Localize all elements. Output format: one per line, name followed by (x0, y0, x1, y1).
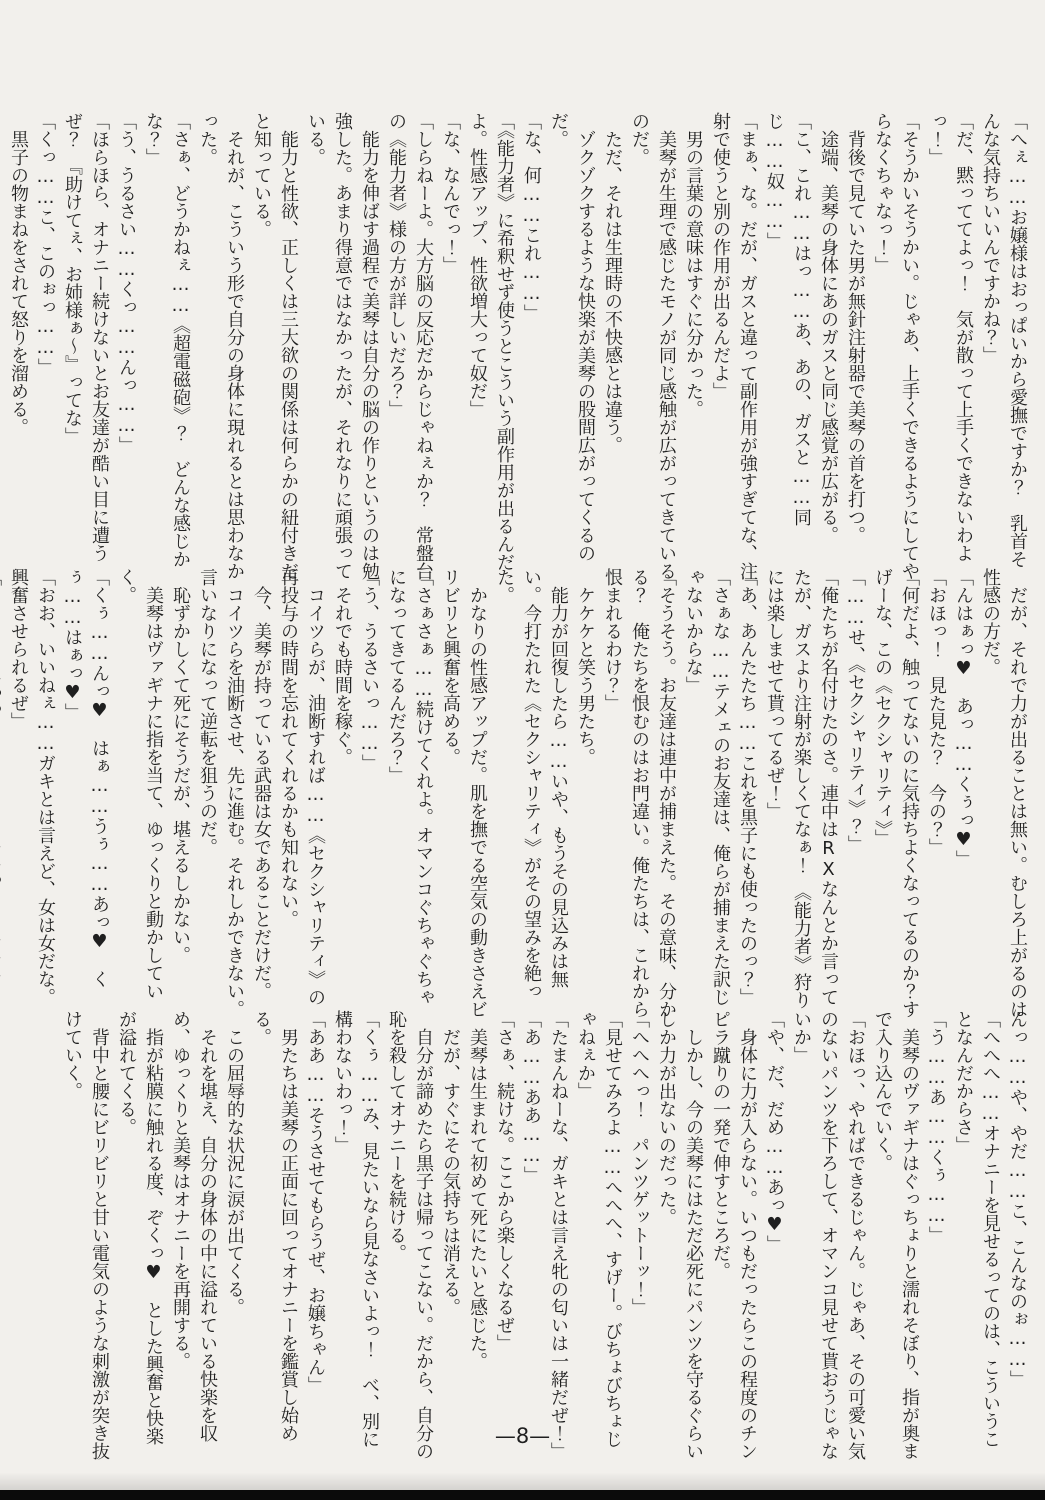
paragraph: 「さぁ、続けな。ここから楽しくなるぜ」 (491, 1010, 518, 1462)
paragraph: 「だ、黙っててよっ！ 気が散って上手くできないわよっ！」 (923, 112, 977, 582)
paragraph: 「見せてみろよ……へへへ、すげー。びちょびちょじゃねぇか」 (572, 1010, 626, 1462)
paragraph: コイツらを油断させ、先に進む。それしかできない。言いなりになって逆転を狙うのだ。 (194, 568, 248, 1020)
paragraph: 恥ずかしくて死にそうだが、堪えるしかない。 (167, 568, 194, 1020)
paragraph: 自分が諦めたら黒子は帰ってこない。だから、自分の恥を殺してオナニーを続ける。 (383, 1010, 437, 1462)
paragraph: ただ、それは生理時の不快感とは違う。 (599, 112, 626, 582)
paragraph: 黒子の物まねをされて怒りを溜める。 (5, 112, 32, 582)
paragraph: 「な、何……これ……」 (518, 112, 545, 582)
paragraph: 男たちは美琴の正面に回ってオナニーを鑑賞し始める。 (248, 1010, 302, 1462)
paragraph: 「くぅ……み、見たいなら見なさいよっ！ べ、別に構わないわっ！」 (329, 1010, 383, 1462)
paragraph: 美琴はヴァギナに指を当て、ゆっくりと動かしていく。 (113, 568, 167, 1020)
paragraph: 背中と腰にビリビリと甘い電気のような刺激が突き抜けていく。 (59, 1010, 113, 1462)
paragraph: 美琴は生まれて初めて死にたいと感じた。 (464, 1010, 491, 1462)
paragraph: 「俺たちが名付けたのさ。連中はRXなんとか言ってたが、ガスより注射が楽しくてなぁ… (761, 568, 842, 1020)
paragraph: 「へへへ……オナニーを見せるってのは、こういうことなんだからさ」 (950, 1010, 1004, 1462)
paragraph: 能力が回復したら……いや、もうその見込みは無い。今打たれた《セクシャリティ》がそ… (491, 568, 572, 1020)
paragraph: 「……せ、《セクシャリティ》？」 (842, 568, 869, 1020)
paragraph: 「そうかいそうかい。じゃあ、上手くできるようにしてやらなくちゃなっ！」 (869, 112, 923, 582)
paragraph: 「あ……ああ……」 (518, 1010, 545, 1462)
paragraph: 能力を伸ばす過程で美琴は自分の脳の作りというのは勉強した。あまり得意ではなかった… (302, 112, 383, 582)
paragraph: 「うぅ……はぁっ♥ くぅ……んんっ♥ んんん (0, 568, 5, 1020)
paragraph: 「あ、あんたたち……これを黒子にも使ったのっ？」 (734, 568, 761, 1020)
paragraph: だが、すぐにその気持ちは消える。 (437, 1010, 464, 1462)
paragraph: 「こ、これ……はっ……あ、あの、ガスと……同じ……奴……」 (761, 112, 815, 582)
paragraph: 背後で見ていた男が無針注射器で美琴の首を打つ。 (842, 112, 869, 582)
text-band-middle: だが、それで力が出ることは無い。むしろ上がるのは性感の方だ。「んはぁっ♥ あっ…… (11, 568, 1031, 1020)
paragraph: 「な、なんでっ！」 (437, 112, 464, 582)
paragraph: 「や、だ、だめ……あっ♥」 (761, 1010, 788, 1462)
paragraph: ケケケと笑う男たち。 (572, 568, 599, 1020)
paragraph: 能力と性欲、正しくは三大欲の関係は何らかの紐付きだと知っている。 (248, 112, 302, 582)
paragraph: それでも時間を稼ぐ。 (329, 568, 356, 1020)
paragraph: 「う、うるさい……くっ……んっ……」 (113, 112, 140, 582)
paragraph: んっ……や、やだ……こ、こんなのぉ……」 (1004, 1010, 1031, 1462)
scan-edge-bottom (0, 1490, 1045, 1500)
paragraph: 「へぇ……お嬢様はおっぱいから愛撫ですか？ 乳首そんな気持ちいいんですかね？」 (977, 112, 1031, 582)
paragraph: 「何だよ、触ってないのに気持ちよくなってるのか？すげーな、この《セクシャリティ》… (869, 568, 923, 1020)
paragraph: コイツらが、油断すれば……《セクシャリティ》の再投与の時間を忘れてくれるかも知れ… (275, 568, 329, 1020)
paragraph: だが、それで力が出ることは無い。むしろ上がるのは性感の方だ。 (977, 568, 1031, 1020)
paragraph: 指が粘膜に触れる度、ぞくっ♥ とした興奮と快楽が溢れてくる。 (113, 1010, 167, 1462)
paragraph: 「しらねーよ。大方脳の反応だからじゃねぇか？ 常盤台の《能力者》様の方が詳しいだ… (383, 112, 437, 582)
paragraph: 「おお、いいねぇ……ガキとは言えど、女は女だな。興奮させられるぜ」 (5, 568, 59, 1020)
paragraph: この屈辱的な状況に涙が出てくる。 (221, 1010, 248, 1462)
paragraph: 「おほっ、やればできるじゃん。じゃあ、その可愛い気のないパンツを下ろして、オマン… (788, 1010, 869, 1462)
text-band-bottom: んっ……や、やだ……こ、こんなのぉ……」「へへへ……オナニーを見せるってのは、こ… (59, 1010, 1031, 1462)
paragraph: 男の言葉の意味はすぐに分かった。 (680, 112, 707, 582)
paragraph: 「《能力者》に希釈せず使うとこういう副作用が出るんだよ。性感アップ、性欲増大って… (464, 112, 518, 582)
paragraph: 「くっ……こ、このぉっ……」 (32, 112, 59, 582)
paragraph: 「う……あ……くぅ……」 (923, 1010, 950, 1462)
paragraph: 「う、うるさいっ……」 (356, 568, 383, 1020)
paragraph: 「ほらほら、オナニー続けないとお友達が酷い目に遭うぜ？ 『助けてぇ、お姉様ぁ～』… (59, 112, 113, 582)
paragraph: 途端、美琴の身体にあのガスと同じ感覚が広がる。 (815, 112, 842, 582)
scanned-novel-page: 「へぇ……お嬢様はおっぱいから愛撫ですか？ 乳首そんな気持ちいいんですかね？」「… (0, 0, 1045, 1500)
paragraph: かなりの性感アップだ。肌を撫でる空気の動きさえビリビリと興奮を高める。 (437, 568, 491, 1020)
paragraph: 「そうそう。お友達は連中が捕まえた。その意味、分かる？ 俺たちを恨むのはお門違い… (599, 568, 680, 1020)
paragraph: 「まぁ、な。だが、ガスと違って副作用が強すぎてな、注射で使うと別の作用が出るんだ… (707, 112, 761, 582)
page-number: —8— (495, 1424, 550, 1448)
paragraph: 「さぁさぁ……続けてくれよ。オマンコぐちゃぐちゃになってきてるんだろ？」 (383, 568, 437, 1020)
paragraph: 「ああ……そうさせてもらうぜ、お嬢ちゃん」 (302, 1010, 329, 1462)
paragraph: それが、こういう形で自分の身体に現れるとは思わなかった。 (194, 112, 248, 582)
paragraph: 身体に力が入らない。いつもだったらこの程度のチンピラ蹴りの一発で伸すところだ。 (707, 1010, 761, 1462)
paragraph: しかし、今の美琴にはただ必死にパンツを守るぐらいしか力が出ないのだった。 (653, 1010, 707, 1462)
paragraph: それを堪え、自分の身体の中に溢れている快楽を収め、ゆっくりと美琴はオナニーを再開… (167, 1010, 221, 1462)
paragraph: ゾクゾクするような快楽が美琴の股間広がってくるのだ。 (545, 112, 599, 582)
paragraph: 美琴が生理で感じたモノが同じ感触が広がってきているのだ。 (626, 112, 680, 582)
text-band-top: 「へぇ……お嬢様はおっぱいから愛撫ですか？ 乳首そんな気持ちいいんですかね？」「… (11, 112, 1031, 582)
paragraph: 「んはぁっ♥ あっ……くぅっ♥」 (950, 568, 977, 1020)
paragraph: 「おほっ！ 見た見た？ 今の？」 (923, 568, 950, 1020)
paragraph: 今、美琴が持っている武器は女であることだけだ。 (248, 568, 275, 1020)
paragraph: 「さぁ、どうかねぇ……《超電磁砲》？ どんな感じかな？」 (140, 112, 194, 582)
paragraph: 美琴のヴァギナはぐっちょりと濡れそぼり、指が奥まで入り込んでいく。 (869, 1010, 923, 1462)
paragraph: 「たまんねーな、ガキとは言え牝の匂いは一緒だぜ！」 (545, 1010, 572, 1462)
paragraph: 「くぅ……んっ♥ はぁ……うぅ……あっ♥ くぅ……はぁっ♥」 (59, 568, 113, 1020)
scan-shading (0, 1472, 1045, 1490)
paragraph: 「へへへっ！ パンツゲットーッ！」 (626, 1010, 653, 1462)
paragraph: 「さぁな……テメェのお友達は、俺らが捕まえた訳じゃないからな」 (680, 568, 734, 1020)
